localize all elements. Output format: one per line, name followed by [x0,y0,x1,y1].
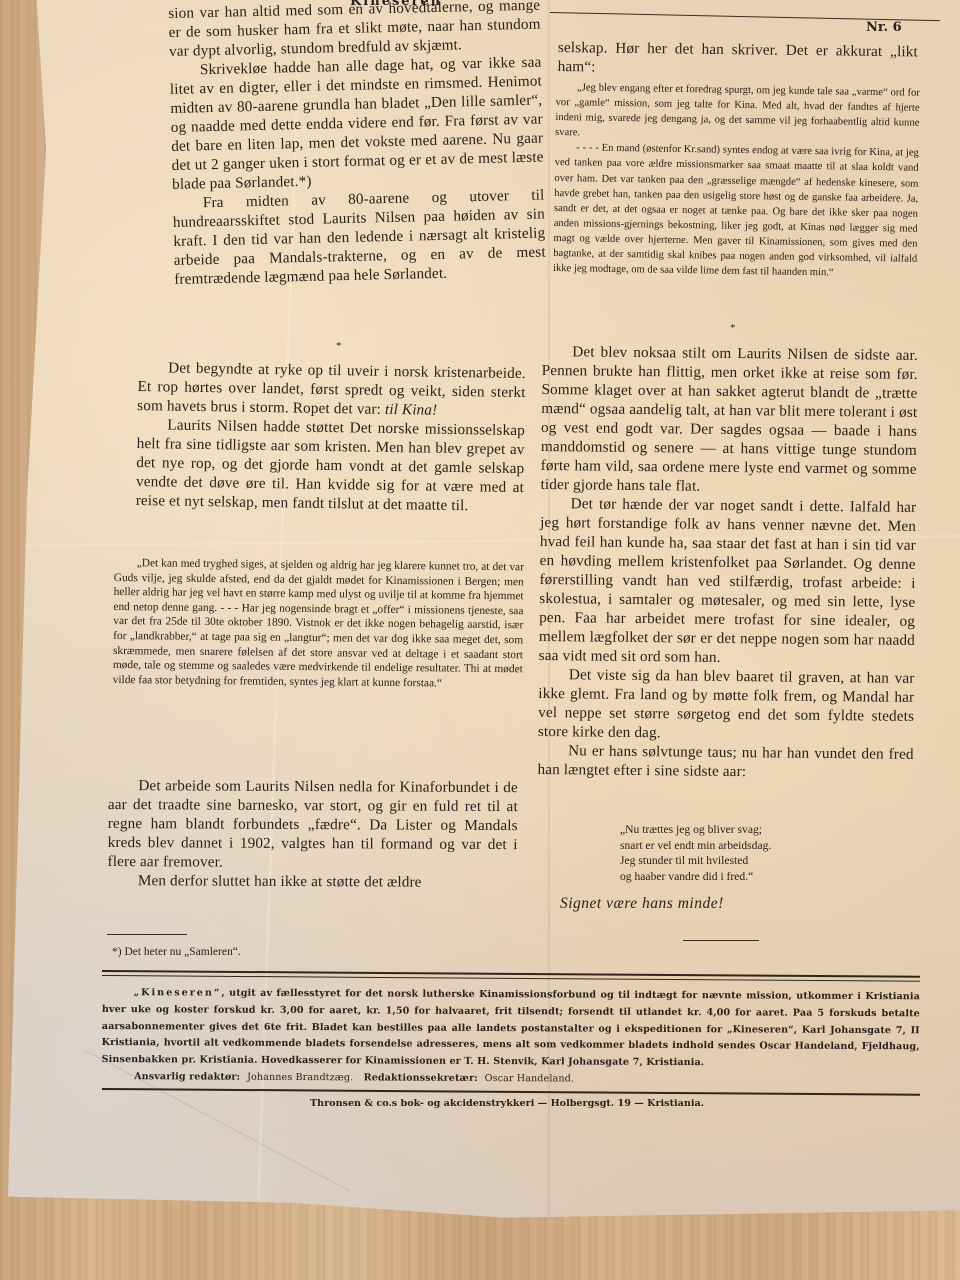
quote-paragraph: „Jeg blev engang efter et foredrag spurg… [555,80,920,146]
poem: „Nu trættes jeg og bliver svag; snart er… [620,822,771,884]
left-column-quote: „Det kan med tryghed siges, at sjelden o… [113,556,524,692]
paragraph: Det tør hænde der var noget sandt i dett… [539,494,917,669]
quote-paragraph: - - - - En mand (østenfor Kr.sand) synte… [553,140,919,282]
paragraph: Laurits Nilsen hadde støttet Det norske … [136,415,525,516]
paragraph: Fra midten av 80-aarene og utover til hu… [172,186,546,289]
closing-rule [683,940,759,941]
right-column-top: selskap. Hør her det han skriver. Det er… [558,38,918,80]
secretary-label: Redaktionssekretær: [364,1072,478,1084]
left-column-top: sion var han altid med som en av hovedta… [168,0,546,289]
footnote-rule [107,934,187,935]
poem-line: Jeg stunder til mit hvilested [620,853,771,869]
colophon: „Kineseren“, utgit av fællesstyret for d… [101,985,920,1090]
paragraph: selskap. Hør her det han skriver. Det er… [558,38,918,80]
paragraph: sion var han altid med som en av hovedta… [168,0,541,61]
emphasis-text: til Kina! [385,401,438,419]
right-column-quote: „Jeg blev engang efter et foredrag spurg… [553,80,920,282]
section-mark: * [336,340,342,352]
colophon-body: „Kineseren“, utgit av fællesstyret for d… [102,985,920,1073]
paragraph: Det blev noksaa stilt om Laurits Nilsen … [540,342,918,498]
left-column-bottom: Det arbeide som Laurits Nilsen nedla for… [107,776,518,892]
signoff: Signet være hans minde! [560,895,724,913]
printer-line: Thronsen & co.s bok- og akcidenstrykkeri… [310,1098,704,1109]
editor-label: Ansvarlig redaktør: [134,1071,240,1083]
quote-paragraph: „Det kan med tryghed siges, at sjelden o… [113,556,524,692]
left-column-middle: Det begyndte at ryke op til uveir i nors… [136,358,526,516]
paragraph: Nu er hans sølvtunge taus; nu har han vu… [537,741,913,783]
right-column-body: Det blev noksaa stilt om Laurits Nilsen … [537,342,918,783]
poem-line: „Nu trættes jeg og bliver svag; [620,822,771,838]
editor-name: Johannes Brandtzæg. [247,1072,353,1084]
poem-line: snart er vel endt min arbeidsdag. [620,838,771,854]
section-mark: * [730,322,736,334]
paragraph: Det viste sig da han blev baaret til gra… [538,665,915,745]
paragraph: Men derfor sluttet han ikke at støtte de… [107,871,517,892]
colophon-title: „Kineseren“ [134,987,222,998]
issue-number: Nr. 6 [866,20,902,35]
footnote: *) Det heter nu „Samleren“. [112,946,241,958]
poem-line: og haaber vandre did i fred.“ [620,869,771,885]
paragraph: Skrivekløe hadde han alle dage hat, og v… [169,53,544,194]
paragraph: Det begyndte at ryke op til uveir i nors… [137,358,526,421]
secretary-name: Oscar Handeland. [485,1073,574,1084]
paragraph: Det arbeide som Laurits Nilsen nedla for… [108,776,518,873]
